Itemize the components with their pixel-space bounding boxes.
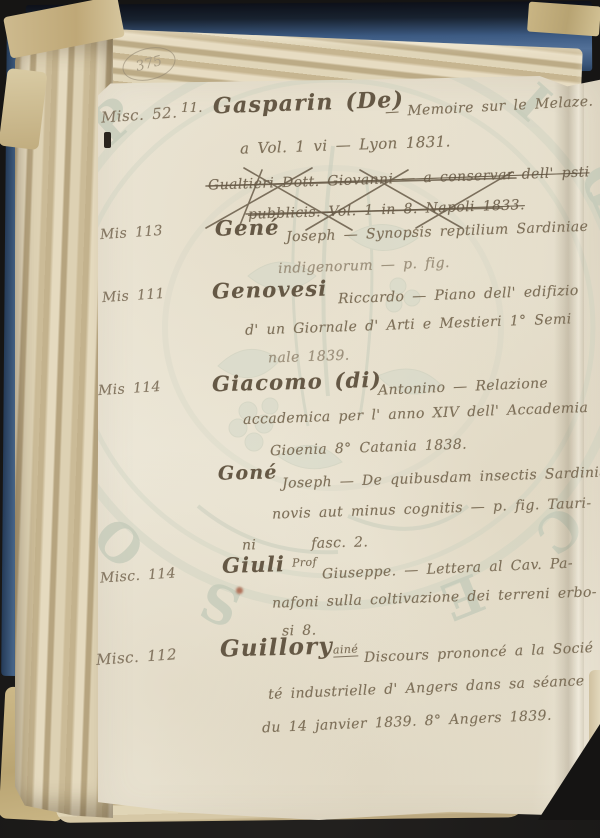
entry-name-title: Prof	[292, 555, 318, 569]
item-number: 11.	[181, 101, 203, 116]
entry-name-title: ainé	[333, 642, 359, 657]
ink-blot	[104, 132, 111, 148]
entry-name: Goné	[218, 461, 278, 485]
ledger-book-scan: P V B L I C A E A V C E S O R P	[0, 0, 600, 838]
entry-line: nale 1839.	[268, 348, 350, 367]
entry-line: ni fasc. 2.	[242, 534, 369, 553]
page-fold-shadow	[554, 76, 584, 820]
entry-name: Guillory	[220, 633, 334, 663]
red-stain	[236, 587, 243, 594]
entry-name: Gené	[215, 214, 280, 240]
entry-name: Giacomo (di)	[212, 367, 382, 396]
entry-name: Genovesi	[212, 275, 328, 303]
entry-name: Giuli	[222, 551, 286, 578]
tape-corner-top-right	[527, 2, 600, 37]
